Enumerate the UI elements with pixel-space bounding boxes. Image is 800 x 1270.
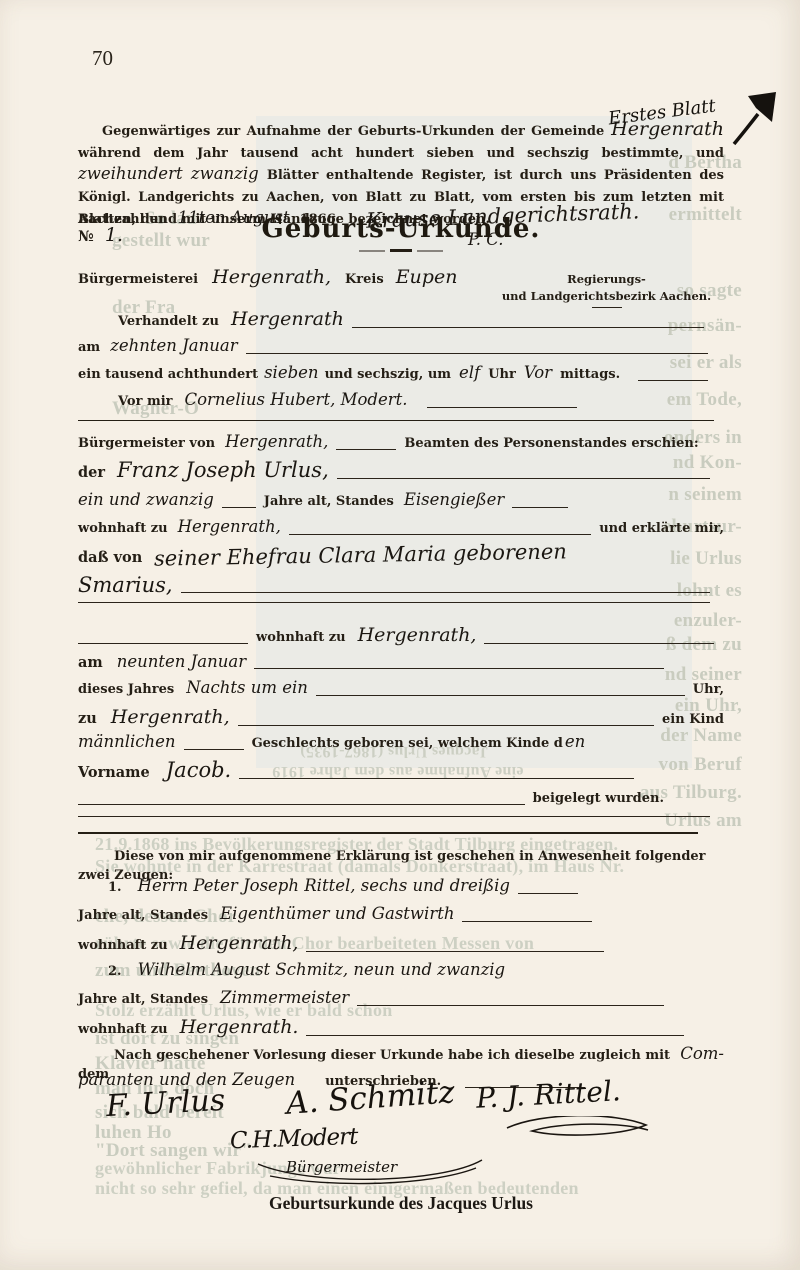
blank-line	[246, 351, 708, 354]
line-jahr-uhrzeit: ein tausend achthundert sieben und sechs…	[78, 363, 724, 385]
jahr-label2: und sechszig, um	[325, 366, 451, 385]
line-declarant-age: ein und zwanzig Jahre alt, Standes Eisen…	[78, 490, 724, 512]
handwritten-artikel: en	[565, 732, 585, 751]
handwritten-ort: Hergenrath,	[225, 432, 328, 451]
handwritten-beruf: Eisengießer	[404, 490, 504, 509]
handwritten-officiant: Cornelius Hubert, Modert.	[184, 390, 407, 409]
section-rule	[78, 420, 714, 421]
jahr-label: ein tausend achthundert	[78, 366, 258, 385]
handwritten-stunde: elf	[459, 363, 480, 382]
witness2-name-line: 2. Wilhelm August Schmitz, neun und zwan…	[78, 960, 724, 982]
district-line1: Regierungs-	[489, 271, 724, 288]
wohnhaft-label: wohnhaft zu	[78, 1021, 168, 1040]
signature-flourish	[502, 1116, 652, 1140]
standes-label: Jahre alt, Standes	[78, 991, 208, 1010]
wohnhaft-label: wohnhaft zu	[256, 629, 346, 648]
title-flourish	[359, 246, 443, 256]
handwritten-uhrzeit: Nachts um ein	[186, 678, 308, 697]
line-officiant: Vor mir Cornelius Hubert, Modert.	[78, 390, 724, 412]
line-birth-date: am neunten Januar	[78, 652, 724, 673]
blank-line	[427, 405, 577, 408]
blank-line	[337, 476, 710, 479]
handwritten-geburtsdatum: neunten Januar	[117, 652, 246, 671]
blank-line	[638, 378, 708, 381]
handwritten-ort: Hergenrath,	[178, 517, 281, 536]
der-label: der	[78, 462, 105, 483]
line-birth-time: dieses Jahres Nachts um ein Uhr,	[78, 678, 724, 700]
blank-row	[78, 600, 724, 603]
blank-line	[181, 590, 710, 593]
und-erklaerte-label: und erklärte mir,	[599, 520, 724, 539]
uhr-label: Uhr,	[693, 681, 724, 700]
handwritten-declarant-name: Franz Joseph Urlus,	[117, 458, 329, 482]
section-rule	[78, 832, 698, 834]
mittags-label: mittags.	[560, 366, 620, 385]
arrow-ne-icon	[728, 92, 778, 148]
blank-line	[289, 532, 591, 535]
line-birth-residence: wohnhaft zu Hergenrath,	[78, 624, 724, 648]
witness2-residence-line: wohnhaft zu Hergenrath.	[78, 1016, 724, 1040]
line-child-name: Vorname Jacob.	[78, 758, 724, 783]
beigelegt-label: beigelegt wurden.	[533, 790, 664, 809]
signature-rittel: P. J. Rittel.	[475, 1074, 621, 1115]
line-child-sex: männlichen Geschlechts geboren sei, welc…	[78, 732, 724, 754]
vorname-label: Vorname	[78, 762, 150, 783]
line-declarant-intro: Bürgermeister von Hergenrath, Beamten de…	[78, 432, 724, 454]
blank-line	[254, 666, 664, 669]
handwritten-witness2-beruf: Zimmermeister	[220, 988, 349, 1007]
handwritten-mother-surname: Smarius,	[78, 573, 173, 597]
line-birth-place: zu Hergenrath, ein Kind	[78, 706, 724, 730]
beamten-label: Beamten des Personenstandes erschien:	[404, 435, 698, 454]
handwritten-alter: ein und zwanzig	[78, 490, 214, 509]
handwritten-mother-name: seiner Ehefrau Clara Maria geborenen	[154, 539, 567, 570]
witness1-residence-line: wohnhaft zu Hergenrath,	[78, 932, 724, 956]
blank-line	[357, 1003, 664, 1006]
witness1-name-line: 1. Herrn Peter Joseph Rittel, sechs und …	[78, 876, 724, 898]
line-mother-surname: Smarius,	[78, 573, 724, 597]
handwritten-vorname: Jacob.	[166, 758, 231, 782]
witness1-occupation-line: Jahre alt, Standes Eigenthümer und Gastw…	[78, 904, 724, 926]
scanned-book-page: d Bertha ermittelt so sagte pernsän- sei…	[0, 0, 800, 1270]
handwritten-witness1-beruf: Eigenthümer und Gastwirth	[220, 904, 454, 923]
handwritten-kreis: Eupen	[396, 266, 458, 288]
line-verhandelt: Verhandelt zu Hergenrath	[78, 308, 724, 332]
kreis-label: Kreis	[345, 271, 384, 290]
blank-line	[462, 919, 592, 922]
ein-kind-label: ein Kind	[662, 711, 724, 730]
witness2-number: 2.	[108, 963, 122, 982]
blank-line	[306, 949, 604, 952]
standes-label: Jahre alt, Standes	[264, 493, 394, 512]
geschlechts-label: Geschlechts geboren sei, welchem Kinde d	[252, 735, 563, 754]
handwritten-witness1-name: Herrn Peter Joseph Rittel, sechs und dre…	[138, 876, 510, 895]
am-label: am	[78, 339, 100, 358]
dass-von-label: daß von	[78, 547, 142, 568]
handwritten-ort: Hergenrath.	[180, 1016, 299, 1038]
handwritten-ort: Hergenrath,	[358, 624, 477, 646]
line-declarant-name: der Franz Joseph Urlus,	[78, 458, 724, 483]
preamble-text: während dem Jahr tausend acht hundert si…	[78, 146, 724, 161]
am-label: am	[78, 652, 103, 673]
blank-line	[518, 891, 578, 894]
handwritten-datum: zehnten Januar	[110, 336, 237, 355]
page-number: 70	[92, 46, 113, 71]
admin-row: Bürgermeisterei Hergenrath, Kreis Eupen …	[78, 266, 724, 308]
handwritten-witness2-name: Wilhelm August Schmitz, neun und zwanzig	[138, 960, 506, 979]
blank-line	[484, 641, 714, 644]
uhr-label: Uhr	[488, 366, 516, 385]
caption: Geburtsurkunde des Jacques Urlus	[78, 1193, 724, 1214]
blank-line	[316, 693, 685, 696]
district-line2: und Landgerichtsbezirk Aachen.	[489, 288, 724, 305]
certificate-title-block: Geburts-Urkunde.	[78, 214, 724, 256]
verhandelt-label: Verhandelt zu	[118, 313, 219, 332]
blank-line	[239, 776, 634, 779]
standes-label: Jahre alt, Standes	[78, 907, 208, 926]
handwritten-vormittags: Vor	[524, 363, 552, 382]
line-verhandlungsdatum: am zehnten Januar	[78, 336, 724, 358]
handwritten-geschlecht: männlichen	[78, 732, 176, 751]
blank-line	[78, 802, 525, 805]
blank-line	[222, 505, 256, 508]
handwritten-buergermeisterei: Hergenrath,	[212, 266, 331, 288]
blank-line	[336, 447, 396, 450]
signature-oval-flourish	[250, 1150, 490, 1186]
certificate-title: Geburts-Urkunde.	[78, 214, 724, 244]
wohnhaft-label: wohnhaft zu	[78, 937, 168, 956]
handwritten-ort: Hergenrath	[231, 308, 344, 330]
blank-row	[78, 814, 724, 817]
blank-line	[238, 723, 654, 726]
district-block: Regierungs- und Landgerichtsbezirk Aache…	[489, 271, 724, 308]
blank-line	[352, 325, 704, 328]
line-declarant-residence: wohnhaft zu Hergenrath, und erklärte mir…	[78, 517, 724, 539]
line-beigelegt: beigelegt wurden.	[78, 790, 724, 809]
witness1-number: 1.	[108, 879, 122, 898]
witness2-occupation-line: Jahre alt, Standes Zimmermeister	[78, 988, 724, 1010]
preamble-text: Gegenwärtiges zur Aufnahme der Geburts-U…	[102, 124, 604, 139]
vor-mir-label: Vor mir	[118, 393, 172, 412]
wohnhaft-label: wohnhaft zu	[78, 520, 168, 539]
blank-line	[512, 505, 568, 508]
line-mother-intro: daß von seiner Ehefrau Clara Maria gebor…	[78, 543, 724, 568]
blank-line	[78, 641, 248, 644]
handwritten-ort: Hergenrath,	[111, 706, 230, 728]
blank-line	[78, 600, 710, 603]
handwritten-blattzahl: zweihundert zwanzig	[78, 164, 259, 183]
handwritten-ort: Hergenrath,	[180, 932, 299, 954]
buergermeister-von-label: Bürgermeister von	[78, 435, 215, 454]
handwritten-com: Com-	[680, 1044, 724, 1063]
buergermeisterei-label: Bürgermeisterei	[78, 271, 198, 290]
blank-line	[184, 747, 244, 750]
blank-line	[78, 814, 710, 817]
zu-label: zu	[78, 708, 97, 729]
handwritten-jahr: sieben	[264, 363, 318, 382]
blank-line	[306, 1033, 684, 1036]
signature-urlus: F. Urlus	[105, 1083, 226, 1124]
dieses-jahres-label: dieses Jahres	[78, 681, 174, 700]
